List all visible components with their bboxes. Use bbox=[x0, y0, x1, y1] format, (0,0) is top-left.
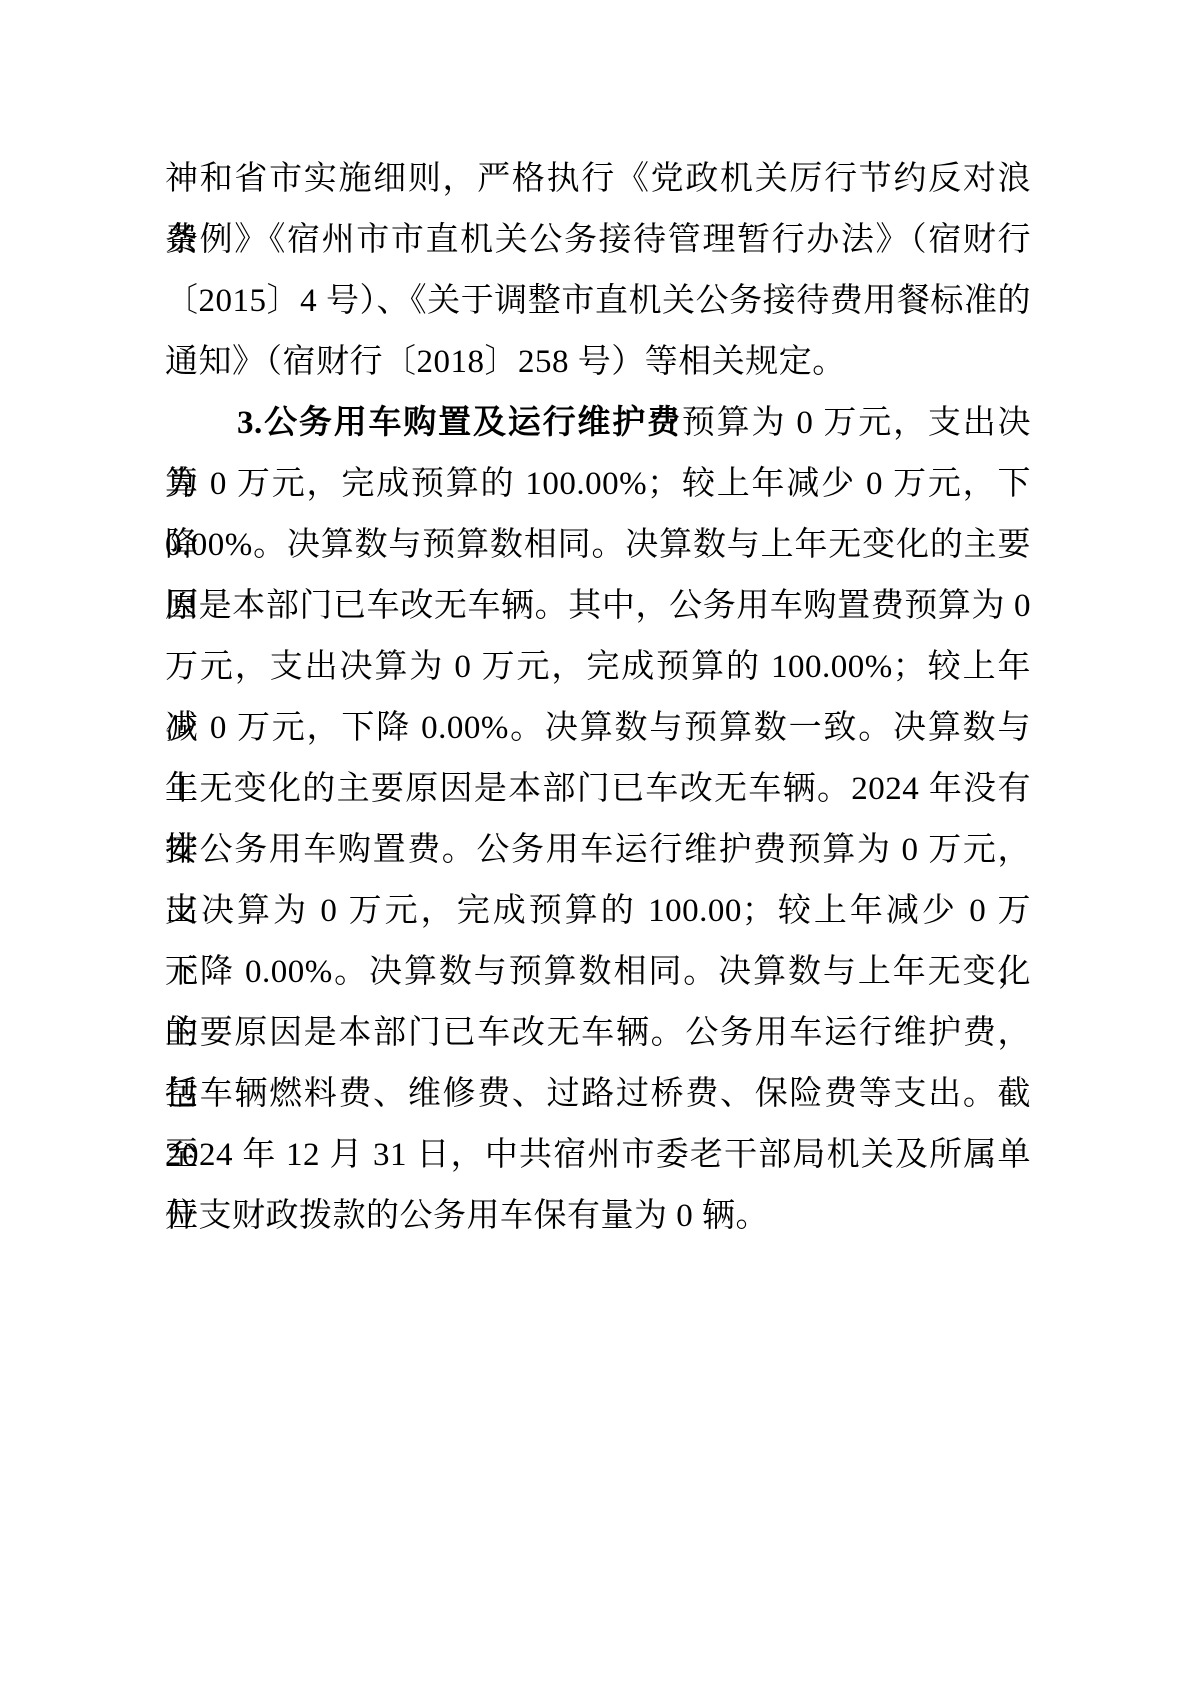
text-line: 括车辆燃料费、维修费、过路过桥费、保险费等支出。截至 bbox=[165, 1064, 1031, 1125]
paragraph-regulations: 神和省市实施细则，严格执行《党政机关厉行节约反对浪费 条例》《宿州市市直机关公务… bbox=[165, 149, 1031, 393]
text-line: 万元，支出决算为 0 万元，完成预算的 100.00%；较上年减 bbox=[165, 637, 1031, 698]
text-line: 0.00%。决算数与预算数相同。决算数与上年无变化的主要原 bbox=[165, 515, 1031, 576]
text-line: 下降 0.00%。决算数与预算数相同。决算数与上年无变化的 bbox=[165, 942, 1031, 1003]
text-line: 因是本部门已车改无车辆。其中，公务用车购置费预算为 0 bbox=[165, 576, 1031, 637]
text-line: 年无变化的主要原因是本部门已车改无车辆。2024 年没有安 bbox=[165, 759, 1031, 820]
text-line: 神和省市实施细则，严格执行《党政机关厉行节约反对浪费 bbox=[165, 149, 1031, 210]
text-line: 3.公务用车购置及运行维护费预算为 0 万元，支出决算 bbox=[165, 393, 1031, 454]
text-line: 少 0 万元，下降 0.00%。决算数与预算数一致。决算数与上 bbox=[165, 698, 1031, 759]
text-line: 通知》（宿财行〔2018〕258 号）等相关规定。 bbox=[165, 332, 1031, 393]
section-heading: 3.公务用车购置及运行维护费 bbox=[237, 405, 682, 441]
text-line: 〔2015〕4 号）、《关于调整市直机关公务接待费用餐标准的 bbox=[165, 271, 1031, 332]
text-line: 条例》《宿州市市直机关公务接待管理暂行办法》（宿财行 bbox=[165, 210, 1031, 271]
text-line: 主要原因是本部门已车改无车辆。公务用车运行维护费，包 bbox=[165, 1003, 1031, 1064]
text-line: 出决算为 0 万元，完成预算的 100.00；较上年减少 0 万元， bbox=[165, 881, 1031, 942]
text-line: 排公务用车购置费。公务用车运行维护费预算为 0 万元，支 bbox=[165, 820, 1031, 881]
document-text-block: 神和省市实施细则，严格执行《党政机关厉行节约反对浪费 条例》《宿州市市直机关公务… bbox=[165, 149, 1031, 1247]
document-page: 神和省市实施细则，严格执行《党政机关厉行节约反对浪费 条例》《宿州市市直机关公务… bbox=[0, 0, 1190, 1683]
text-line: 为 0 万元，完成预算的 100.00%；较上年减少 0 万元，下降 bbox=[165, 454, 1031, 515]
text-line: 开支财政拨款的公务用车保有量为 0 辆。 bbox=[165, 1186, 1031, 1247]
paragraph-vehicle-expenses: 3.公务用车购置及运行维护费预算为 0 万元，支出决算 为 0 万元，完成预算的… bbox=[165, 393, 1031, 1247]
text-line: 2024 年 12 月 31 日，中共宿州市委老干部局机关及所属单位 bbox=[165, 1125, 1031, 1186]
